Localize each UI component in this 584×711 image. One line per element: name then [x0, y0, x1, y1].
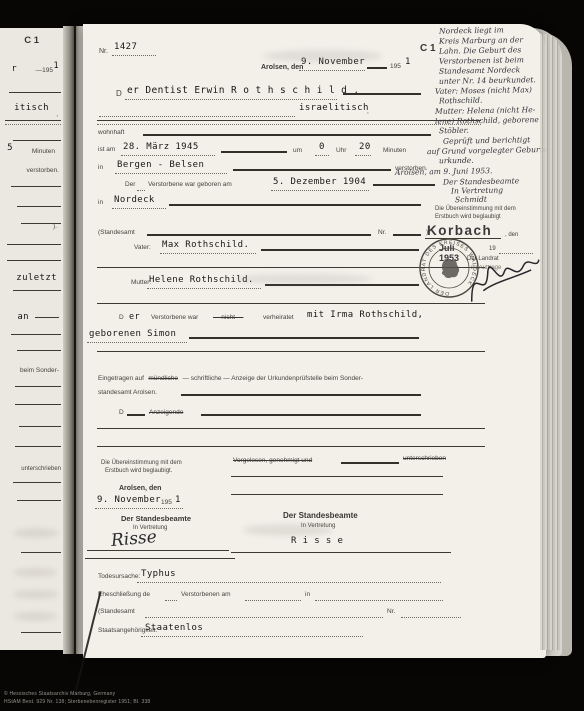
form-code-left: C 1	[24, 36, 39, 46]
margin-note-signature: Schmidt	[455, 196, 487, 204]
record-number-label: Nr.	[99, 48, 108, 55]
left-fragment: itisch	[14, 104, 49, 113]
father-label: Vater:	[134, 245, 151, 252]
margin-note-line: Lahn. Die Geburt des	[439, 46, 521, 55]
birth-place: Nordeck	[114, 196, 155, 205]
left-fragment: r	[11, 65, 17, 74]
entry-line2: standesamt Arolsen.	[98, 390, 157, 397]
religion-suffix: ,	[367, 109, 369, 116]
attest-year-digit: 1	[175, 496, 181, 505]
vorgelesen-struck: Vorgelesen, genehmigt und	[233, 458, 312, 465]
margin-note-line: In Vertretung	[451, 187, 503, 196]
stamp-den: , den	[505, 232, 518, 238]
religion-value: israelitisch	[299, 104, 369, 113]
married-label: Verstorbene war	[151, 315, 198, 322]
book-gutter	[63, 26, 83, 654]
death-date: 28. März 1945	[123, 143, 199, 152]
cause-label: Todesursache:	[98, 574, 140, 581]
entry-text-b: — schriftliche — Anzeige der Urkundenprü…	[182, 375, 363, 382]
left-fragment: unterschrieben	[21, 466, 61, 472]
scanned-death-certificate: C 1 r —195 1 itisch , 5 Minuten verstorb…	[0, 0, 584, 711]
nationality-value: Staatenlos	[145, 624, 203, 633]
married-article-suffix: er	[129, 313, 140, 322]
margin-note-line: Arolsen, am 9. Juni 1953.	[395, 167, 493, 176]
archive-caption-line2: HStAM Best. 929 Nr. 138; Sterbenebenregi…	[4, 699, 150, 707]
stamp-line2: Erstbuch wird beglaubigt	[435, 214, 501, 220]
entry-text-a: Eingetragen auf	[98, 375, 144, 382]
nicht-struck: — nicht —	[213, 315, 243, 322]
marriage-mid-label: Verstorbenen am	[181, 592, 231, 599]
margin-note-line: lene) Rothschild, geborene	[435, 116, 539, 125]
death-place: Bergen - Belsen	[117, 161, 204, 170]
attest-year-prefix: 195	[161, 500, 172, 507]
margin-note-line: Nordeck liegt im	[439, 26, 504, 35]
margin-note-line: Kreis Marburg an der	[439, 36, 523, 45]
attest-line1: Die Übereinstimmung mit dem	[101, 460, 182, 466]
margin-note-line: urkunde.	[439, 157, 474, 165]
married-article: D	[119, 315, 124, 322]
article-d: D	[116, 90, 122, 98]
cause-value: Typhus	[141, 570, 176, 579]
married-verb: verheiratet	[263, 315, 294, 322]
registrar-title-left: Der Standesbeamte	[121, 515, 191, 523]
margin-note-line: Rothschild.	[439, 97, 483, 105]
left-fragment: Minuten	[32, 149, 55, 156]
registrar-title-right: Der Standesbeamte	[283, 512, 358, 520]
page-edge-streaks	[540, 34, 560, 650]
main-certificate-page: C 1 Nr. 1427 Arolsen, den 9. November 19…	[83, 24, 546, 658]
born-article: Der	[125, 182, 135, 189]
muendliche-struck: mündliche	[148, 375, 178, 382]
stamp-line1: Die Übereinstimmung mit dem	[435, 206, 516, 212]
spouse-name: mit Irma Rothschild,	[307, 311, 423, 320]
death-hour: 0	[319, 143, 325, 152]
left-fragment: ,	[56, 112, 58, 119]
left-fragment: ).	[53, 224, 57, 231]
deceased-name: er Dentist Erwin R o t h s c h i l d ,	[127, 86, 360, 96]
born-label: Verstorbene war geboren am	[148, 182, 232, 189]
registry2-nr-label: Nr.	[387, 609, 395, 616]
unterschrieben-struck: unterschrieben	[403, 456, 446, 463]
margin-note-line: Standesamt Nordeck	[439, 66, 520, 75]
left-fragment: zuletzt	[16, 274, 57, 283]
left-page-scan: C 1 r —195 1 itisch , 5 Minuten verstorb…	[0, 28, 63, 650]
birth-date: 5. Dezember 1904	[273, 178, 366, 187]
registry2-label: (Standesamt	[98, 609, 135, 616]
left-fragment: 1	[53, 62, 59, 71]
resident-label: wohnhaft	[98, 130, 124, 137]
margin-note-line: Der Standesbeamte	[443, 177, 519, 186]
margin-note-line: Mutter: Helena (nicht He-	[435, 106, 535, 115]
marriage-in-label: in	[305, 592, 310, 599]
uhr-label: Uhr	[336, 148, 346, 155]
died-on-label: ist am	[98, 147, 115, 154]
record-number-value: 1427	[114, 43, 137, 52]
form-code-right: C 1	[420, 44, 436, 54]
attest-date: 9. November	[97, 496, 161, 505]
registrar-signature: Risse	[110, 527, 157, 551]
attest-place-label: Arolsen, den	[119, 485, 161, 492]
registration-clause: Eingetragen auf mündliche — schriftliche…	[98, 367, 363, 385]
marriage-label: Eheschließung de	[98, 592, 150, 599]
year-prefix: 195	[390, 64, 401, 71]
attest-line2: Erstbuch wird beglaubigt.	[105, 468, 172, 474]
left-fragment: verstorben.	[26, 168, 59, 175]
registrar-name-typed: R i s s e	[291, 537, 343, 546]
margin-note-line: Verstorbenen ist beim	[439, 56, 524, 65]
at-label: um	[293, 148, 302, 155]
margin-note-line: auf Grund vorgelegter Geburts-	[427, 146, 549, 156]
year-digit: 1	[405, 58, 411, 67]
in-label: in	[98, 200, 103, 207]
in-label: in	[98, 165, 103, 172]
death-minute: 20	[359, 143, 371, 152]
left-fragment: —195	[36, 68, 53, 75]
minuten-label: Minuten	[383, 148, 406, 155]
anzeigende-article: D	[119, 410, 124, 417]
left-fragment: beim Sonder-	[20, 368, 59, 375]
spouse-maiden-name: geborenen Simon	[89, 330, 176, 339]
registry-label: (Standesamt	[98, 230, 135, 237]
anzeigende-struck: Anzeigende	[149, 410, 183, 417]
margin-note-line: Geprüft und berichtigt	[443, 136, 530, 145]
place-date-label: Arolsen, den	[261, 64, 303, 71]
margin-note-line: Stöbler.	[439, 127, 469, 135]
archive-caption-line1: © Hessisches Staatsarchiv Marburg, Germa…	[4, 691, 115, 699]
registry-nr-label: Nr.	[378, 230, 386, 237]
margin-note-line: Vater: Moses (nicht Max)	[435, 86, 532, 95]
margin-note-line: unter Nr. 14 beurkundet.	[439, 76, 536, 85]
left-fragment: an	[17, 313, 29, 322]
left-fragment: 5	[7, 144, 13, 153]
father-name: Max Rothschild.	[162, 241, 249, 250]
